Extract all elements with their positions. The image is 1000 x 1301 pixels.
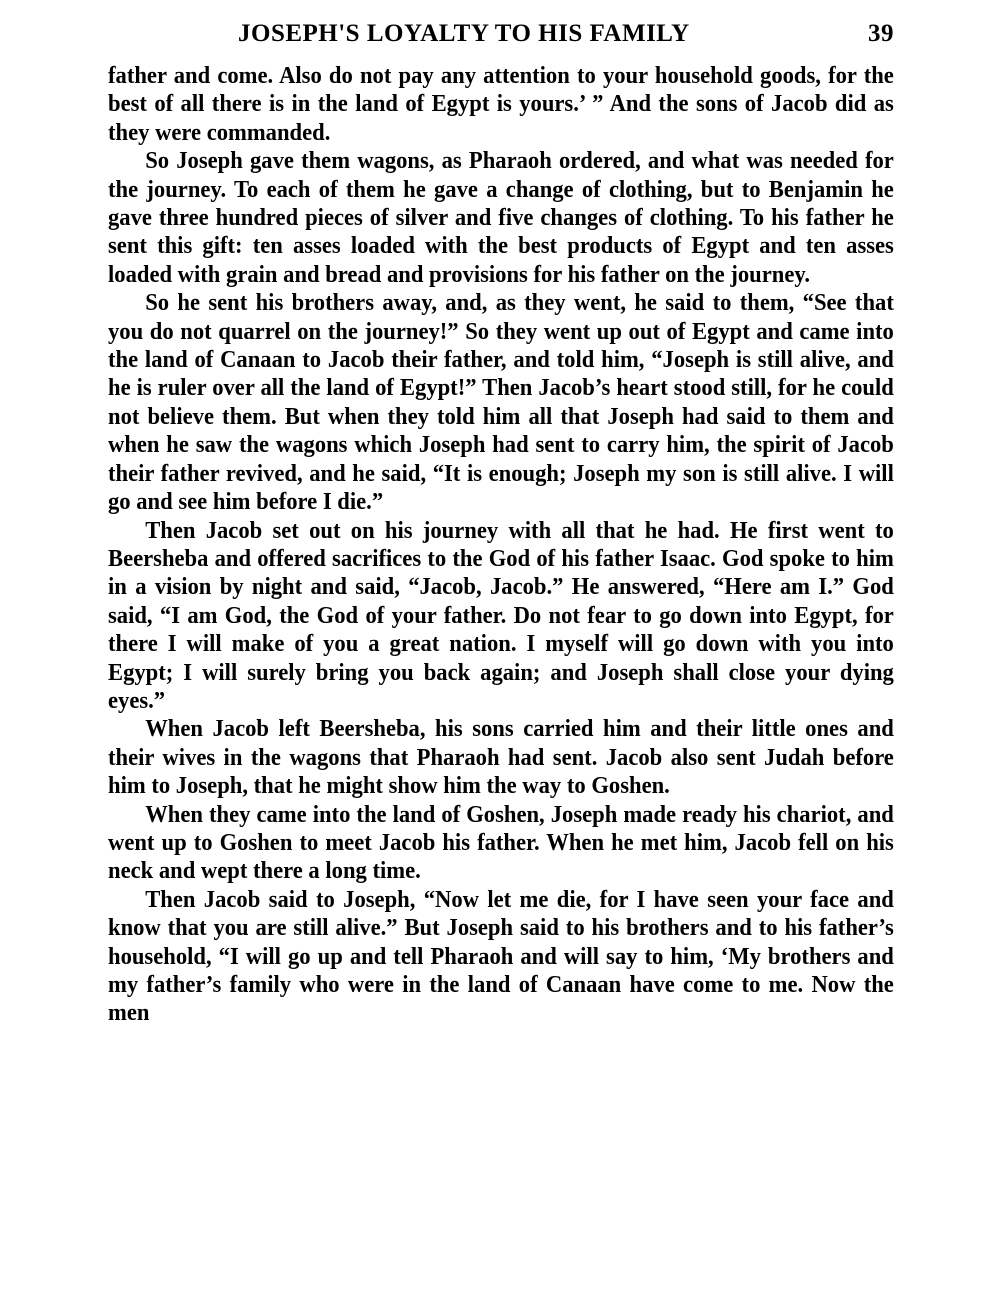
paragraph: Then Jacob set out on his journey with a… [108, 517, 894, 716]
page-number: 39 [868, 20, 894, 48]
chapter-title: JOSEPH'S LOYALTY TO HIS FAMILY [238, 20, 690, 48]
paragraph: When they came into the land of Goshen, … [108, 801, 894, 886]
paragraph: When Jacob left Beersheba, his sons carr… [108, 715, 894, 800]
book-page: JOSEPH'S LOYALTY TO HIS FAMILY 39 father… [108, 20, 894, 1028]
paragraph: So he sent his brothers away, and, as th… [108, 289, 894, 516]
paragraph: father and come. Also do not pay any att… [108, 62, 894, 147]
paragraph: Then Jacob said to Joseph, “Now let me d… [108, 886, 894, 1028]
page-body: father and come. Also do not pay any att… [108, 62, 894, 1028]
paragraph: So Joseph gave them wagons, as Pharaoh o… [108, 147, 894, 289]
running-header: JOSEPH'S LOYALTY TO HIS FAMILY 39 [108, 20, 894, 62]
